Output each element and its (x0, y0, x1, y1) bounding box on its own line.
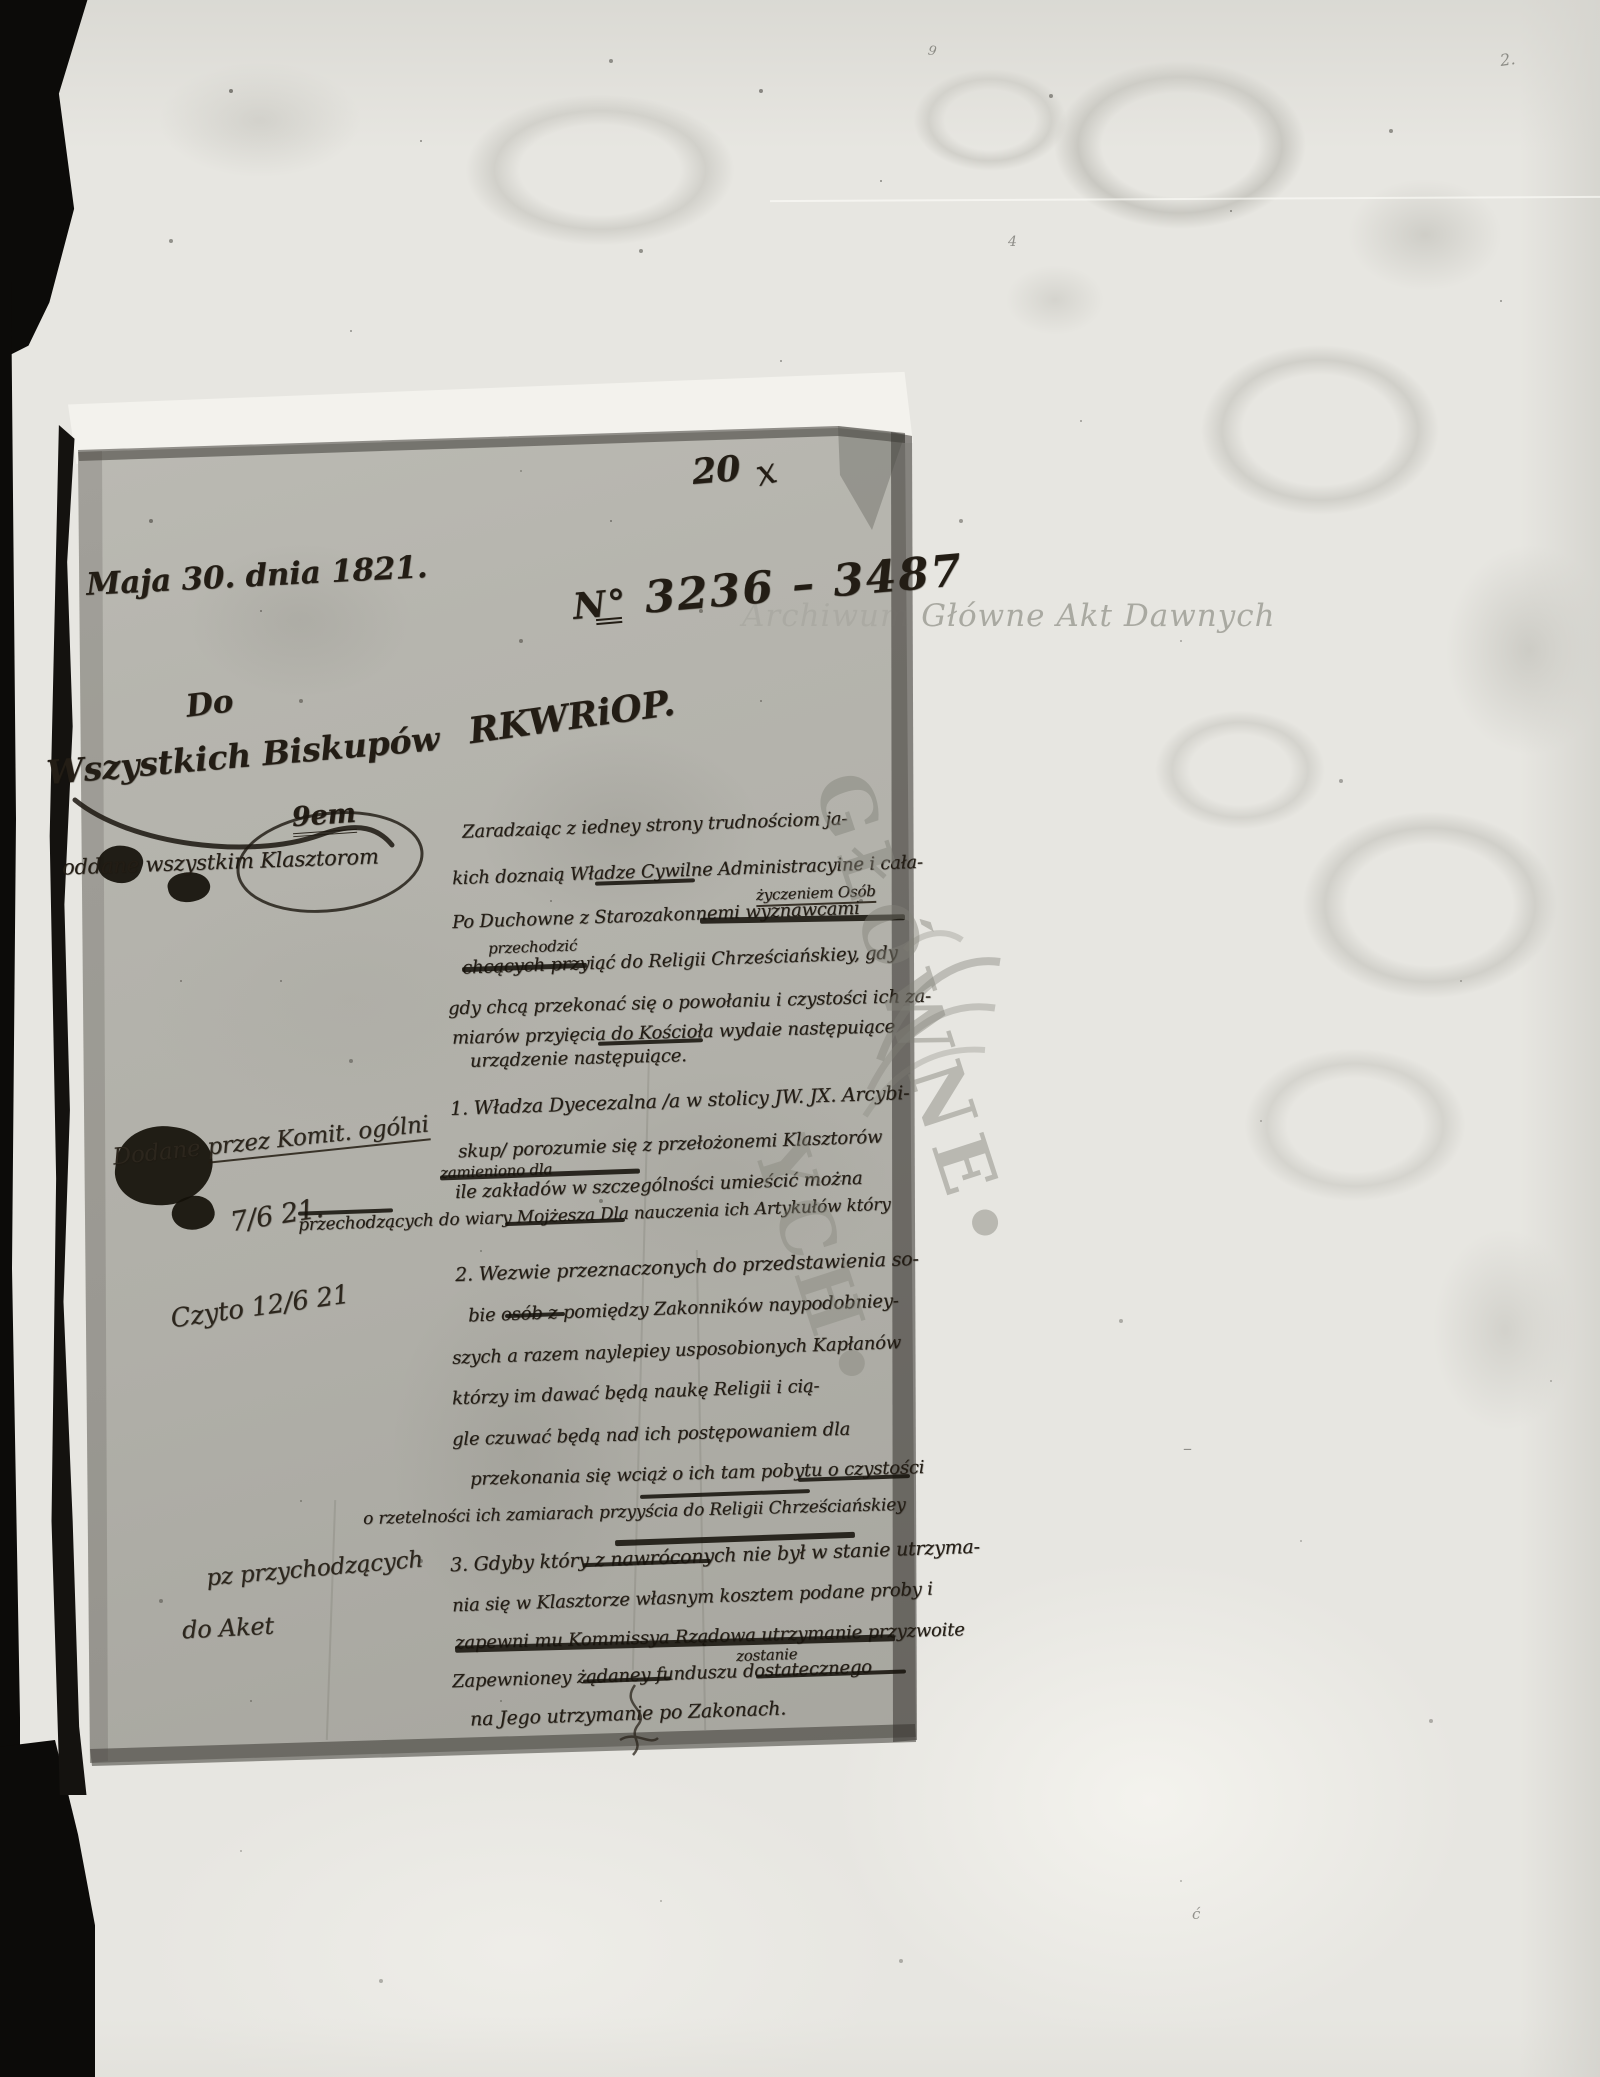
archival-photo-scene: 20 x Maja 30. dnia 1821. N° 3236 – 3487 … (0, 0, 1600, 2077)
number-label: N° (571, 581, 629, 628)
pencil-mark: 4 (1008, 234, 1017, 250)
watermark-visible-part: Główne Akt Dawnych (910, 598, 1275, 634)
archive-watermark-horizontal: Archiwum Główne Akt Dawnych (742, 598, 1276, 634)
pencil-mark: – (1183, 1438, 1192, 1459)
margin-note-files-2: do Aket (181, 1612, 274, 1645)
address-flourish (70, 790, 400, 860)
pencil-mark: 2. (1499, 49, 1517, 70)
watermark-hidden-part: Archiwum (742, 598, 910, 634)
ink-specks-page (0, 0, 2, 2)
eagle-watermark (850, 920, 1010, 1140)
address-to: Do (184, 683, 235, 724)
inserted-word: zostanie (736, 1645, 798, 1665)
flourish-mark (600, 1680, 670, 1760)
pencil-mark: ć (1192, 1905, 1200, 1923)
page-number: 20 (690, 448, 742, 493)
